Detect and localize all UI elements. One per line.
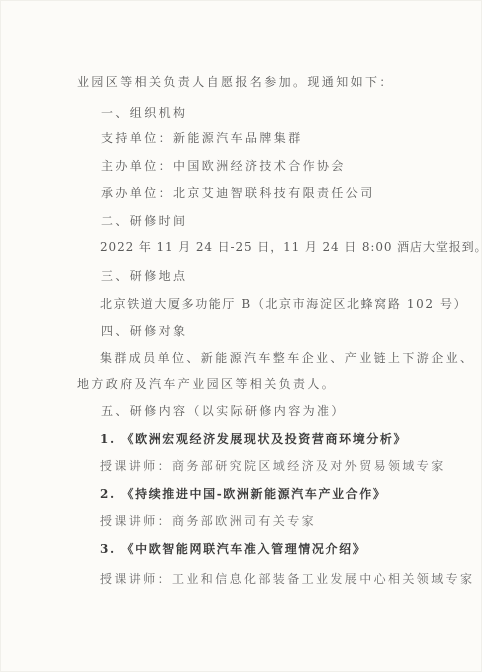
section-heading-audience: 四、研修对象: [101, 323, 187, 339]
audience-detail-line1: 集群成员单位、新能源汽车整车企业、产业链上下游企业、: [100, 350, 474, 366]
course-lecturer-3: 授课讲师：工业和信息化部装备工业发展中心相关领域专家: [100, 571, 474, 587]
location-detail: 北京铁道大厦多功能厅 B（北京市海淀区北蜂窝路 102 号）: [100, 296, 467, 312]
host-unit: 主办单位：中国欧洲经济技术合作协会: [101, 158, 346, 174]
course-title-2: 2. 《持续推进中国-欧洲新能源汽车产业合作》: [100, 486, 387, 502]
course-title-1: 1. 《欧洲宏观经济发展现状及投资营商环境分析》: [100, 431, 407, 447]
support-unit: 支持单位：新能源汽车品牌集群: [101, 130, 303, 146]
course-lecturer-1: 授课讲师：商务部研究院区域经济及对外贸易领域专家: [100, 458, 446, 474]
course-lecturer-2: 授课讲师：商务部欧洲司有关专家: [100, 513, 316, 529]
section-heading-organization: 一、组织机构: [101, 105, 187, 121]
document-page: 业园区等相关负责人自愿报名参加。现通知如下： 一、组织机构 支持单位：新能源汽车…: [0, 0, 482, 672]
time-detail: 2022 年 11 月 24 日-25 日，11 月 24 日 8:00 酒店大…: [100, 239, 482, 255]
intro-continuation: 业园区等相关负责人自愿报名参加。现通知如下：: [77, 74, 394, 90]
audience-detail-line2: 地方政府及汽车产业园区等相关负责人。: [77, 376, 336, 392]
organizer-unit: 承办单位：北京艾迪智联科技有限责任公司: [101, 185, 375, 201]
section-heading-time: 二、研修时间: [101, 213, 187, 229]
section-heading-content: 五、研修内容（以实际研修内容为准）: [101, 403, 346, 419]
course-title-3: 3. 《中欧智能网联汽车准入管理情况介绍》: [100, 541, 366, 557]
section-heading-location: 三、研修地点: [101, 268, 187, 284]
